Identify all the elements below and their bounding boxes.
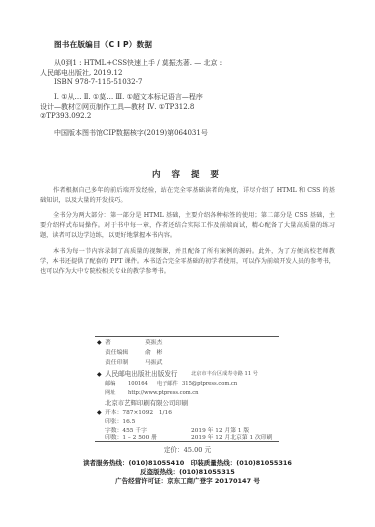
cip-title: 图书在版编目（C I P）数据 [54, 39, 152, 50]
summary-paragraph: 作者根据自己多年的前后端开发经验，站在完全零基础读者的角度，详尽介绍了 HTML… [40, 186, 335, 206]
reader-hotline: 读者服务热线：(010)81055410 印装质量热线：(010)8105531… [0, 458, 375, 467]
ad-license: 广告经营许可证：京东工商广登字 20170147 号 [0, 476, 375, 485]
price: 定价：45.00 元 [0, 444, 375, 454]
bullet-icon: ◆ [97, 370, 105, 380]
cip-entry-line1: 从0到1 : HTML+CSS快速上手 / 莫振杰著. — 北京 : [54, 59, 222, 69]
author-name: 莫振杰 [145, 338, 162, 348]
top-divider [95, 336, 279, 337]
printer: 北京市艺辉印刷有限公司印刷 [105, 398, 188, 408]
printing-label: 责任印制 [105, 358, 128, 368]
summary-paragraph: 全书分为两大部分：第一部分是 HTML 基础，主要介绍各种标签的使用；第二部分是… [40, 211, 335, 242]
piracy-hotline: 反盗版热线：(010)81055315 [0, 467, 375, 476]
format: 开本：787×1092 1/16 [105, 410, 172, 416]
summary-paragraph: 本书为每一节内容录制了高质量的视频课，并且配备了所有案例的源码。此外，为了方便高… [40, 247, 335, 278]
cip-isbn: ISBN 978-7-115-51032-7 [54, 78, 142, 88]
bullet-icon: ◆ [97, 338, 105, 348]
cip-class-line3: ②TP393.092.2 [40, 112, 91, 122]
cip-class-line1: Ⅰ. ①从… Ⅱ. ①莫… Ⅲ. ①超文本标记语言—程序 [54, 93, 203, 103]
bullet-icon: ◆ [97, 408, 105, 418]
printing-person: 马振武 [145, 358, 162, 368]
website-label: 网址 [105, 388, 115, 398]
website-link[interactable]: http://www.ptpress.com.cn [128, 388, 199, 398]
publisher: 人民邮电出版社出版发行 [105, 370, 178, 378]
editor-label: 责任编辑 [105, 348, 128, 358]
bottom-divider [95, 441, 279, 442]
author-row: ◆著 [97, 338, 111, 348]
cip-number: 中国版本图书馆CIP数据核字(2019)第064031号 [54, 129, 208, 139]
author-label: 著 [105, 340, 111, 346]
summary-title: 内 容 提 要 [0, 168, 375, 180]
publisher-address: 北京市丰台区成寿寺路 11 号 [191, 369, 258, 379]
editor-name: 俞 彬 [145, 348, 162, 358]
